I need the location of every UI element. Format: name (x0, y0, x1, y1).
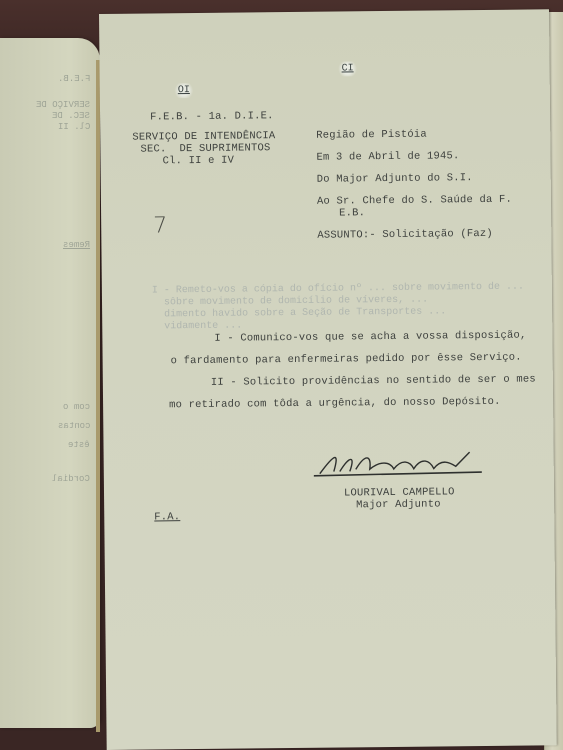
mirrored-text: Cl. II (58, 122, 90, 133)
handwritten-number: 7 (153, 213, 167, 238)
subject-line: ASSUNTO:- Solicitação (Faz) (317, 228, 493, 242)
bleed-through-text: I - Remeto-vos a cópia do ofício nº ... … (152, 282, 524, 297)
signatory-title: Major Adjunto (356, 498, 441, 511)
document-page: I - Remeto-vos a cópia do ofício nº ... … (99, 9, 557, 750)
header-org: F.E.B. - 1a. D.I.E. (150, 110, 274, 123)
header-section: SEC. DE SUPRIMENTOS (140, 142, 270, 155)
date: Em 3 de Abril de 1945. (316, 150, 459, 163)
header-classes: Cl. II e IV (162, 155, 234, 168)
place: Região de Pistóia (316, 129, 427, 142)
footer-initials: F.A. (154, 511, 180, 523)
to-line-continued: E.B. (339, 207, 365, 219)
mirrored-text: com o (63, 402, 90, 413)
mirrored-text: êste (68, 440, 90, 451)
paragraph-2-line-1: II - Solicito providências no sentido de… (211, 373, 536, 388)
mirrored-text: contas (58, 421, 90, 432)
paragraph-1-line-2: o fardamento para enfermeiras pedido por… (171, 352, 522, 368)
mirrored-text: Remes (63, 240, 90, 251)
mirrored-text: SERVIÇO DE (36, 100, 90, 111)
mirrored-text: Cordial (52, 474, 90, 485)
signature-scrawl (310, 442, 490, 486)
stamp-ci: CI (338, 61, 358, 76)
mirrored-text: SEC. DE (52, 111, 90, 122)
left-facing-page: F.E.B. SERVIÇO DE SEC. DE Cl. II Remes c… (0, 38, 100, 728)
stamp-oi: OI (174, 83, 194, 98)
paragraph-1-line-1: I - Comunico-vos que se acha a vossa dis… (214, 330, 526, 345)
bleed-through-text: dimento havido sobre a Seção de Transpor… (164, 306, 446, 320)
to-line: Ao Sr. Chefe do S. Saúde da F. (317, 194, 512, 208)
book-spine (96, 60, 100, 732)
paragraph-2-line-2: mo retirado com tôda a urgência, do noss… (169, 396, 501, 411)
bleed-through-text: vidamente ... (164, 321, 242, 333)
mirrored-text: F.E.B. (58, 74, 90, 85)
from-line: Do Major Adjunto do S.I. (317, 172, 473, 186)
